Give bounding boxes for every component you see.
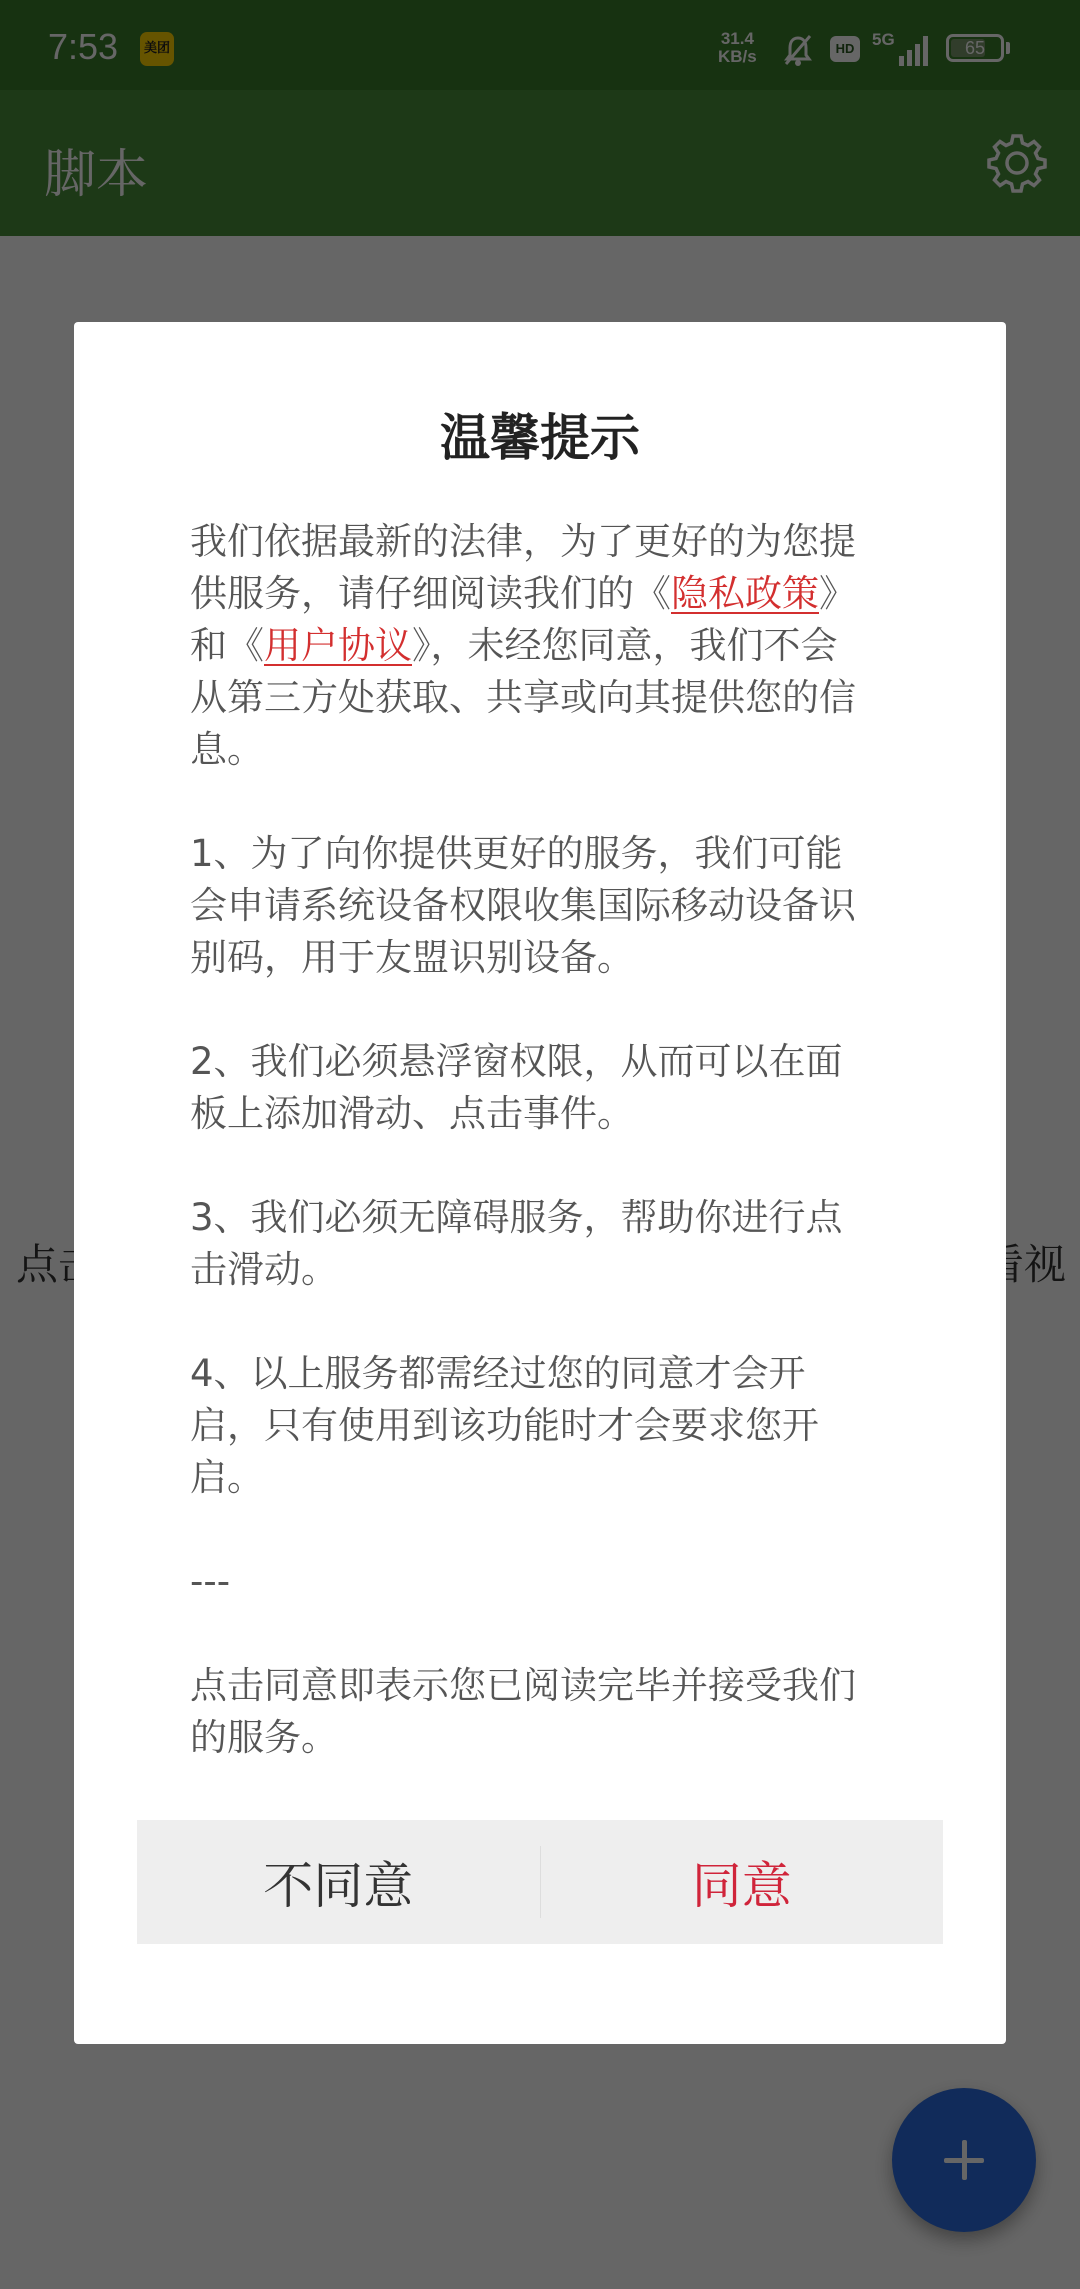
user-agreement-link[interactable]: 用户协议 — [264, 624, 412, 667]
intro-paragraph: 我们依据最新的法律，为了更好的为您提供服务，请仔细阅读我们的《隐私政策》和《用户… — [190, 516, 870, 776]
dialog-button-row: 不同意 同意 — [137, 1820, 943, 1944]
disagree-button[interactable]: 不同意 — [137, 1820, 540, 1944]
permission-item-2: 2、我们必须悬浮窗权限，从而可以在面板上添加滑动、点击事件。 — [190, 1036, 870, 1140]
permission-item-4: 4、以上服务都需经过您的同意才会开启，只有使用到该功能时才会要求您开启。 — [190, 1348, 870, 1504]
privacy-policy-link[interactable]: 隐私政策 — [671, 572, 819, 615]
separator-text: --- — [190, 1556, 870, 1608]
permission-item-1: 1、为了向你提供更好的服务，我们可能会申请系统设备权限收集国际移动设备识别码，用… — [190, 828, 870, 984]
privacy-dialog: 温馨提示 我们依据最新的法律，为了更好的为您提供服务，请仔细阅读我们的《隐私政策… — [74, 322, 1006, 2044]
agree-button[interactable]: 同意 — [541, 1820, 944, 1944]
permission-item-3: 3、我们必须无障碍服务，帮助你进行点击滑动。 — [190, 1192, 870, 1296]
dialog-title: 温馨提示 — [74, 398, 1006, 470]
footer-note: 点击同意即表示您已阅读完毕并接受我们的服务。 — [190, 1660, 870, 1764]
dialog-body: 我们依据最新的法律，为了更好的为您提供服务，请仔细阅读我们的《隐私政策》和《用户… — [190, 516, 870, 1764]
